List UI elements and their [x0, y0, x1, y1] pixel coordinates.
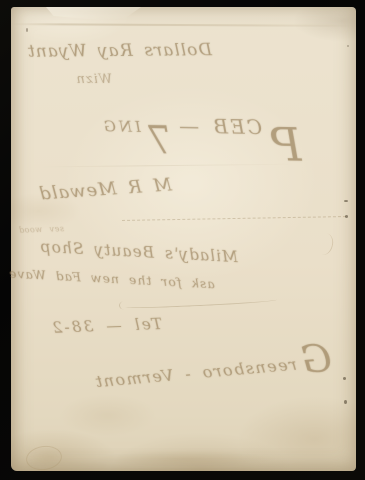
handwriting-mewald-line: M R Mewald	[37, 174, 172, 204]
paper-speck	[347, 45, 349, 47]
handwriting-large-body: CEB —	[177, 114, 262, 139]
paper-speck	[344, 200, 348, 202]
mirrored-handwriting-layer: Dollars Ray Wyant Wizn P CEB — 7 ING M R…	[11, 7, 356, 471]
scanned-page: Dollars Ray Wyant Wizn P CEB — 7 ING M R…	[0, 0, 365, 480]
paper-sheet: Dollars Ray Wyant Wizn P CEB — 7 ING M R…	[11, 7, 356, 471]
handwriting-shop-line: Milady's Beauty Shop	[39, 238, 238, 266]
handwriting-town-initial-g: G	[299, 341, 333, 378]
handwriting-slogan-line: ask for the new Fad Wave	[8, 266, 216, 292]
handwriting-phone-line: Tel — 38-2	[50, 315, 162, 337]
paper-speck	[26, 28, 28, 32]
handwriting-word-wizn: Wizn	[75, 72, 112, 87]
handwriting-large-numeral-7: 7	[146, 124, 172, 157]
handwriting-name-line: Dollars Ray Wyant	[27, 40, 212, 62]
handwriting-large-initial-p: P	[269, 124, 302, 166]
handwriting-town-line: G reensboro - Vermont	[93, 341, 334, 396]
handwriting-large-suffix: ING	[101, 117, 141, 136]
paper-speck	[343, 377, 346, 380]
paper-speck	[345, 215, 348, 218]
bottom-smudge	[96, 451, 276, 467]
handwriting-small-note: sev wood	[18, 224, 64, 235]
paper-speck	[344, 400, 347, 404]
handwriting-town-rest: reensboro - Vermont	[94, 355, 298, 392]
handwriting-large-line: P CEB — 7 ING	[100, 92, 302, 166]
